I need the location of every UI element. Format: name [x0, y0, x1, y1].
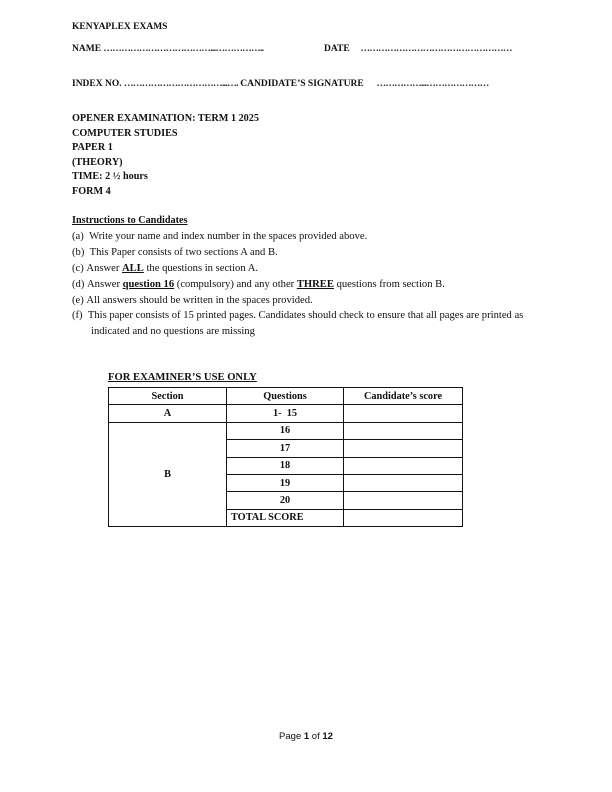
table-row: B 16	[109, 422, 463, 439]
questions-cell: 20	[227, 492, 344, 509]
instructions-heading: Instructions to Candidates	[72, 213, 523, 229]
score-cell[interactable]	[344, 405, 463, 422]
examiner-score-table: Section Questions Candidate’s score A 1-…	[108, 387, 463, 527]
table-header-row: Section Questions Candidate’s score	[109, 388, 463, 405]
signature-field[interactable]: ……………...…………………	[376, 79, 488, 89]
exam-form: FORM 4	[72, 185, 259, 200]
organization-name: KENYAPLEX EXAMS	[72, 22, 167, 32]
date-label: DATE	[324, 44, 350, 54]
score-cell[interactable]	[344, 457, 463, 474]
total-score-cell[interactable]	[344, 509, 463, 526]
index-field[interactable]: ……………………………...….	[124, 79, 238, 89]
exam-paper: PAPER 1	[72, 141, 259, 156]
table-row: A 1- 15	[109, 405, 463, 422]
index-label: INDEX NO.	[72, 79, 122, 89]
page-number: Page 1 of 12	[0, 731, 612, 742]
examiner-table-title: FOR EXAMINER’S USE ONLY	[108, 372, 257, 383]
questions-cell: 18	[227, 457, 344, 474]
instruction-item-continuation: indicated and no questions are missing	[72, 324, 523, 340]
exam-details: OPENER EXAMINATION: TERM 1 2025 COMPUTER…	[72, 112, 259, 200]
instruction-item: (a) Write your name and index number in …	[72, 229, 523, 245]
exam-subject: COMPUTER STUDIES	[72, 127, 259, 142]
score-cell[interactable]	[344, 474, 463, 491]
header-section: Section	[109, 388, 227, 405]
signature-label: CANDIDATE’S SIGNATURE	[240, 79, 363, 89]
exam-title: OPENER EXAMINATION: TERM 1 2025	[72, 112, 259, 127]
instruction-item: (e) All answers should be written in the…	[72, 293, 523, 309]
total-label: TOTAL SCORE	[227, 509, 344, 526]
questions-cell: 17	[227, 440, 344, 457]
name-field[interactable]: ………………………………...……………..	[103, 44, 263, 54]
index-line: INDEX NO. ……………………………...…. CANDIDATE’S S…	[72, 79, 489, 89]
questions-cell: 19	[227, 474, 344, 491]
instruction-item: (f) This paper consists of 15 printed pa…	[72, 308, 523, 324]
instructions: Instructions to Candidates (a) Write you…	[72, 213, 523, 340]
score-cell[interactable]	[344, 440, 463, 457]
exam-type: (THEORY)	[72, 156, 259, 171]
name-line: NAME ………………………………...……………..	[72, 44, 264, 54]
name-label: NAME	[72, 44, 101, 54]
instruction-item: (b) This Paper consists of two sections …	[72, 245, 523, 261]
section-cell: B	[109, 422, 227, 526]
header-questions: Questions	[227, 388, 344, 405]
date-field[interactable]: ……………………………………………	[360, 44, 511, 54]
score-cell[interactable]	[344, 492, 463, 509]
instruction-item: (d) Answer question 16 (compulsory) and …	[72, 277, 523, 293]
exam-time: TIME: 2 ½ hours	[72, 170, 259, 185]
section-cell: A	[109, 405, 227, 422]
date-line: DATE ……………………………………………	[324, 44, 512, 54]
header-score: Candidate’s score	[344, 388, 463, 405]
questions-cell: 1- 15	[227, 405, 344, 422]
questions-cell: 16	[227, 422, 344, 439]
score-cell[interactable]	[344, 422, 463, 439]
instruction-item: (c) Answer ALL the questions in section …	[72, 261, 523, 277]
